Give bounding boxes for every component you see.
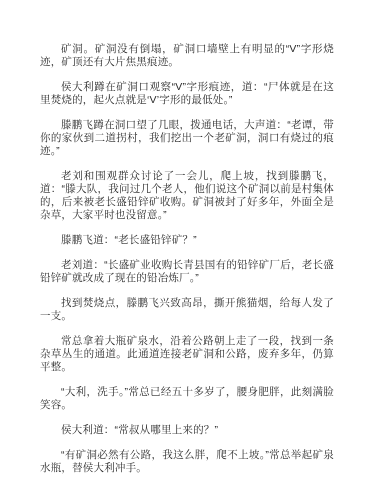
paragraph: “大利，洗手。”常总已经五十多岁了，腰身肥胖，此刻满脸笑容。 <box>40 386 334 412</box>
paragraph: 侯大利蹲在矿洞口观察“V”字形痕迹，道：“尸体就是在这里焚烧的，起火点就是‘V’… <box>40 81 334 107</box>
paragraph: 常总拿着大瓶矿泉水，沿着公路朝上走了一段，找到一条杂草丛生的通道。此通道连接老矿… <box>40 335 334 374</box>
paragraph: 老刘道：“长盛矿业收购长青县国有的铅锌矿厂后，老长盛铅锌矿就改成了现在的铅冶炼厂… <box>40 259 334 285</box>
paragraph: 滕鹏飞蹲在洞口望了几眼，拨通电话，大声道：“老谭，带你的家伙到二道拐村，我们挖出… <box>40 119 334 158</box>
paragraph: 滕鹏飞道：“老长盛铅锌矿？” <box>40 234 334 247</box>
paragraph: 找到焚烧点，滕鹏飞兴致高昂，撕开熊猫烟，给每人发了一支。 <box>40 297 334 323</box>
ebook-page: 矿洞。矿洞没有倒塌，矿洞口墙壁上有明显的“V”字形烧迹，矿顶还有大片焦黑痕迹。 … <box>0 0 370 480</box>
paragraph: 侯大利道：“常叔从哪里上来的？” <box>40 424 334 437</box>
paragraph: “有矿洞必然有公路，我这么胖，爬不上坡。”常总举起矿泉水瓶，替侯大利冲手。 <box>40 449 334 475</box>
paragraph: 矿洞。矿洞没有倒塌，矿洞口墙壁上有明显的“V”字形烧迹，矿顶还有大片焦黑痕迹。 <box>40 43 334 69</box>
paragraph: 老刘和围观群众讨论了一会儿，爬上坡，找到滕鹏飞，道：“滕大队，我问过几个老人，他… <box>40 170 334 222</box>
